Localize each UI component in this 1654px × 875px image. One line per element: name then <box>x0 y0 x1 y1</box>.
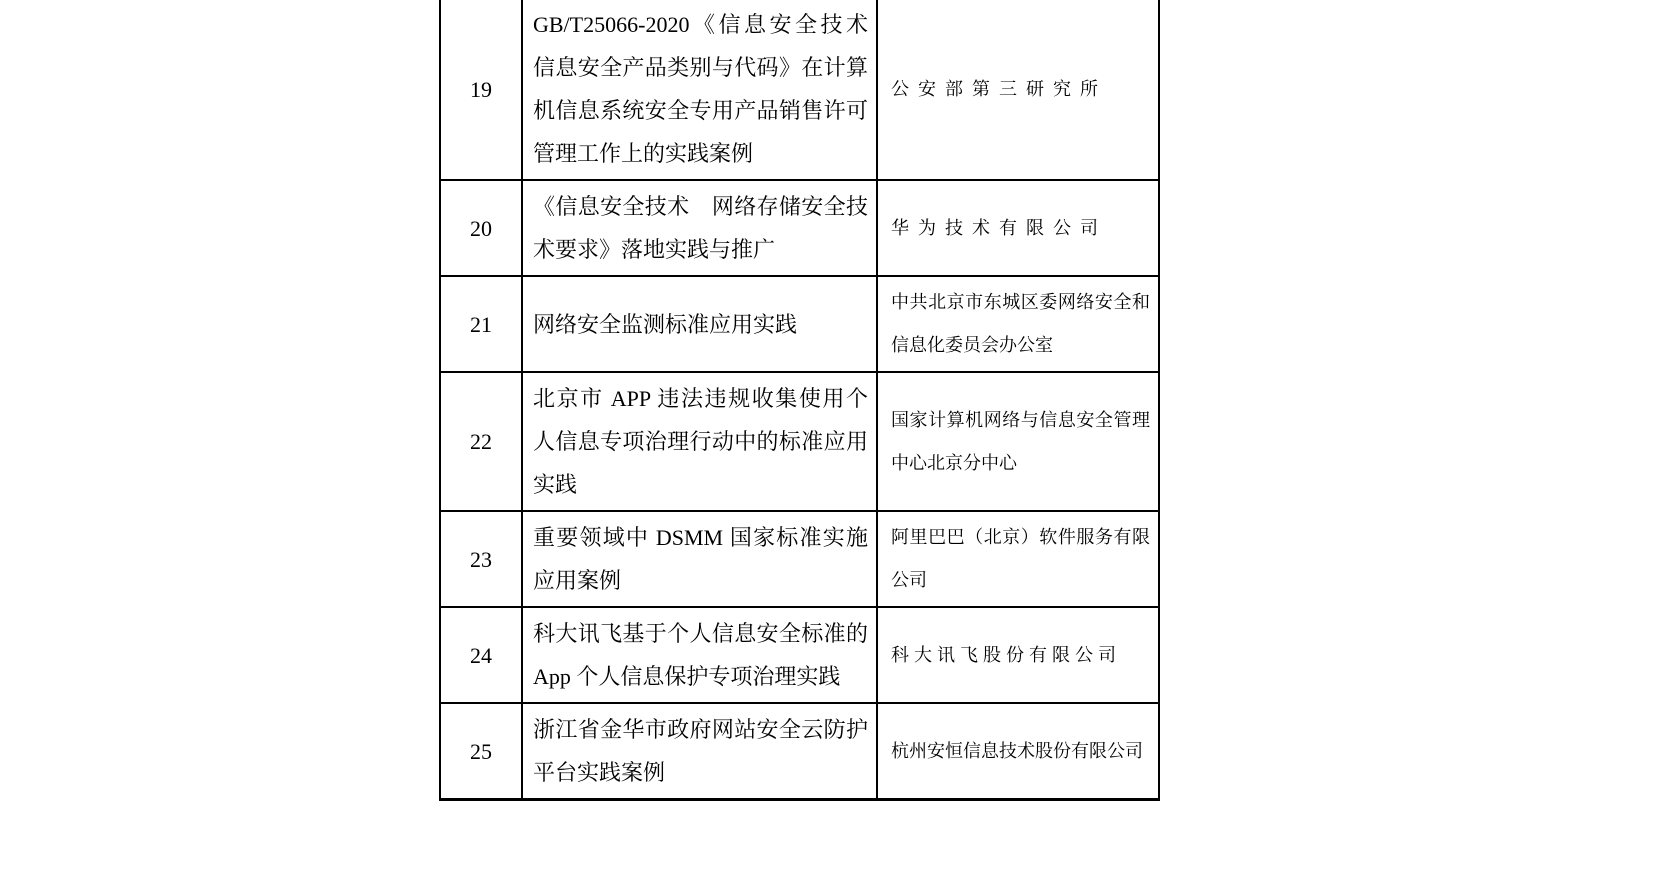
table-row: 24 科大讯飞基于个人信息安全标准的 App 个人信息保护专项治理实践 科大讯飞… <box>440 607 1159 703</box>
organization-cell: 华为技术有限公司 <box>877 180 1159 276</box>
case-title-cell: 网络安全监测标准应用实践 <box>522 276 877 372</box>
organization-cell: 国家计算机网络与信息安全管理中心北京分中心 <box>877 372 1159 511</box>
table-row: 21 网络安全监测标准应用实践 中共北京市东城区委网络安全和信息化委员会办公室 <box>440 276 1159 372</box>
case-title-cell: 科大讯飞基于个人信息安全标准的 App 个人信息保护专项治理实践 <box>522 607 877 703</box>
table-row: 22 北京市 APP 违法违规收集使用个人信息专项治理行动中的标准应用实践 国家… <box>440 372 1159 511</box>
case-title-cell: 《信息安全技术 网络存储安全技术要求》落地实践与推广 <box>522 180 877 276</box>
table-row: 23 重要领域中 DSMM 国家标准实施应用案例 阿里巴巴（北京）软件服务有限公… <box>440 511 1159 607</box>
row-number-cell: 19 <box>440 0 522 180</box>
row-number-cell: 25 <box>440 703 522 800</box>
organization-cell: 公安部第三研究所 <box>877 0 1159 180</box>
organization-cell: 阿里巴巴（北京）软件服务有限公司 <box>877 511 1159 607</box>
case-title-cell: 重要领域中 DSMM 国家标准实施应用案例 <box>522 511 877 607</box>
organization-cell: 杭州安恒信息技术股份有限公司 <box>877 703 1159 800</box>
table-row: 20 《信息安全技术 网络存储安全技术要求》落地实践与推广 华为技术有限公司 <box>440 180 1159 276</box>
row-number-cell: 22 <box>440 372 522 511</box>
row-number-cell: 21 <box>440 276 522 372</box>
organization-cell: 中共北京市东城区委网络安全和信息化委员会办公室 <box>877 276 1159 372</box>
table-row: 25 浙江省金华市政府网站安全云防护平台实践案例 杭州安恒信息技术股份有限公司 <box>440 703 1159 800</box>
case-title-cell: GB/T25066-2020《信息安全技术 信息安全产品类别与代码》在计算机信息… <box>522 0 877 180</box>
row-number-cell: 23 <box>440 511 522 607</box>
case-title-cell: 浙江省金华市政府网站安全云防护平台实践案例 <box>522 703 877 800</box>
document-page: 19 GB/T25066-2020《信息安全技术 信息安全产品类别与代码》在计算… <box>0 0 1654 875</box>
cases-table: 19 GB/T25066-2020《信息安全技术 信息安全产品类别与代码》在计算… <box>439 0 1160 801</box>
row-number-cell: 20 <box>440 180 522 276</box>
row-number-cell: 24 <box>440 607 522 703</box>
case-title-cell: 北京市 APP 违法违规收集使用个人信息专项治理行动中的标准应用实践 <box>522 372 877 511</box>
organization-cell: 科大讯飞股份有限公司 <box>877 607 1159 703</box>
table-row: 19 GB/T25066-2020《信息安全技术 信息安全产品类别与代码》在计算… <box>440 0 1159 180</box>
cases-table-container: 19 GB/T25066-2020《信息安全技术 信息安全产品类别与代码》在计算… <box>439 0 1160 801</box>
